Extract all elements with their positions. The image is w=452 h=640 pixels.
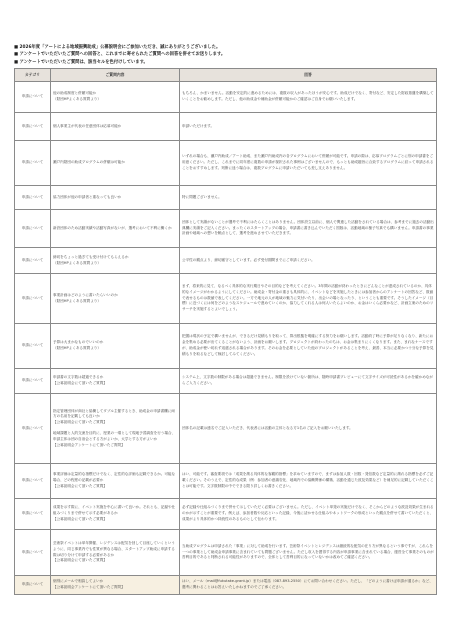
question-cell: 新設団体のため活動実績や活動写真がないが、選考において不利に働くか: [51, 210, 180, 248]
answer-cell: 公平性の観点より、締切厳守としています。必ず受付期間までにご申請ください。: [180, 248, 437, 274]
question-line: 指定管理団体が商社と協働してダブル主催するとき、助成金の申請書欄に両方の名前を記…: [53, 409, 177, 421]
answer-cell: システム上、文字数の制限がある場合は超過できません。制限を設けていない箇所は、随…: [180, 369, 437, 394]
question-line: 【公募説明会にて頂いたご質問】: [53, 558, 177, 564]
intro-line-1: ■ 2026年度「アートによる地域振興助成」公募説明会にご参加いただき、誠にあり…: [14, 44, 438, 51]
table-row: 申請について指定管理団体が商社と協働してダブル主催するとき、助成金の申請書欄に両…: [15, 394, 437, 464]
question-cell: 予算は大まかなものでいいのか（財団HPよくある質問より）: [51, 324, 180, 369]
question-line: 【公募説明会にて頂いたご質問】: [53, 484, 177, 490]
table-row: 申請について予算は大まかなものでいいのか（財団HPよくある質問より）把握は現状の…: [15, 324, 437, 369]
answer-cell: 当助成プログラムは申請された「事業」に対して助成を行います。芸術祭イベントとレジ…: [180, 530, 437, 576]
category-cell: 申請について: [15, 274, 51, 324]
question-line: 新設団体のため活動実績や活動写真がないが、選考において不利に働くか: [53, 226, 177, 232]
question-cell: 瀬戸内財団の助成プログラムの併願は可能か: [51, 141, 180, 186]
question-cell: 個別にメールで相談してよいか【公募説明会アンケートにて頂いたご質問】: [51, 576, 180, 595]
question-line: 【公募説明会にて頂いたご質問】: [53, 517, 177, 523]
question-cell: 事業評価は定量的な指標だけでなく、定性的な評価も記載できるか。可能な場合、どの程…: [51, 464, 180, 499]
answer-cell: もちろん、かまいません。活動を安定的に進めるためには、複数の収入があったほうが安…: [180, 82, 437, 113]
intro-notes: ■ 2026年度「アートによる地域振興助成」公募説明会にご参加いただき、誠にあり…: [14, 44, 438, 66]
table-row: 申請について個人事業主が代表の任意団体は応募可能か申請いただけます。: [15, 113, 437, 141]
question-line: 瀬戸内財団の助成プログラムの併願は可能か: [53, 160, 177, 166]
question-line: 【公募説明会アンケートにて頂いたご質問】: [53, 443, 177, 449]
question-line: 地域課題と人的交流を目的に、授業の一環として現地予習調査を行う場合、申請主体は団…: [53, 431, 177, 443]
question-cell: 個人事業主が代表の任意団体は応募可能か: [51, 113, 180, 141]
question-cell: 芸術祭イベントは単年開催、レジデンスは配気を回して目座していくというように、同じ…: [51, 530, 180, 576]
question-cell: 申請書の文字数は超過できるか【公募説明会にて頂いたご質問】: [51, 369, 180, 394]
table-row: 申請について申請書の文字数は超過できるか【公募説明会にて頂いたご質問】システム上…: [15, 369, 437, 394]
category-cell: 申請について: [15, 186, 51, 210]
qa-table: カテゴリ ご質問内容 回答 申請について他の助成制度と併願可能か（財団HPよくあ…: [14, 68, 437, 595]
table-row: 申請について事業評価は定量的な指標だけでなく、定性的な評価も記載できるか。可能な…: [15, 464, 437, 499]
header-answer: 回答: [180, 69, 437, 82]
question-line: 事業評価は定量的な指標だけでなく、定性的な評価も記載できるか。可能な場合、どの程…: [53, 472, 177, 484]
question-line: （財団HPよくある質問より）: [53, 261, 177, 267]
category-cell: 申請について: [15, 324, 51, 369]
answer-cell: 把握は現状の予定で構いませんが、できるだけ見積もりを取って、算出根拠を明確にする…: [180, 324, 437, 369]
table-row: 申請について事業計画はどのように書いたらいいのか（財団HPよくある質問より）まず…: [15, 274, 437, 324]
category-cell: 申請について: [15, 464, 51, 499]
question-cell: 事業計画はどのように書いたらいいのか（財団HPよくある質問より）: [51, 274, 180, 324]
category-cell: 申請について: [15, 113, 51, 141]
header-question: ご質問内容: [51, 69, 180, 82]
category-cell: 申請について: [15, 210, 51, 248]
table-row: 申請について瀬戸内財団の助成プログラムの併願は可能かいずれの場合も、瀬戸内助成／…: [15, 141, 437, 186]
question-cell: 他の助成制度と併願可能か（財団HPよくある質問より）: [51, 82, 180, 113]
answer-cell: 申請いただけます。: [180, 113, 437, 141]
category-cell: 申請について: [15, 499, 51, 530]
table-row: 申請について個別にメールで相談してよいか【公募説明会アンケートにて頂いたご質問】…: [15, 576, 437, 595]
question-line: 【公募説明会アンケートにて頂いたご質問】: [53, 585, 177, 591]
intro-line-2: ■ アンケートでいただいたご質問への回答と、これまでに寄せられたご質問への回答を…: [14, 51, 438, 58]
question-line: 協力団体が他の申請者と重なっても良いか: [53, 195, 177, 201]
table-row: 申請について新設団体のため活動実績や活動写真がないが、選考において不利に働くか団…: [15, 210, 437, 248]
question-cell: 指定管理団体が商社と協働してダブル主催するとき、助成金の申請書欄に両方の名前を記…: [51, 394, 180, 464]
category-cell: 申請について: [15, 576, 51, 595]
category-cell: 申請について: [15, 82, 51, 113]
question-line: （財団HPよくある質問より）: [53, 346, 177, 352]
question-line: 個人事業主が代表の任意団体は応募可能か: [53, 124, 177, 130]
question-line: 芸術祭イベントは単年開催、レジデンスは配気を回して目座していくというように、同じ…: [53, 541, 177, 558]
question-line: （財団HPよくある質問より）: [53, 97, 177, 103]
question-line: 成果を示す際に、イベント実施を中心に書いて良いか。それとも、記録や仕組みづくりま…: [53, 505, 177, 517]
category-cell: 申請について: [15, 394, 51, 464]
category-cell: 申請について: [15, 141, 51, 186]
question-line: （財団HPよくある質問より）: [53, 299, 177, 305]
table-row: 申請について成果を示す際に、イベント実施を中心に書いて良いか。それとも、記録や仕…: [15, 499, 437, 530]
answer-cell: 団体として実績がないことが選考で不利にはたらくことはありません。団体設立以前に、…: [180, 210, 437, 248]
answer-cell: はい、可能です。審査要項では「成果を測る具体的な客観的指標」を求めていますので、…: [180, 464, 437, 499]
question-line: 【公募説明会にて頂いたご質問】: [53, 381, 177, 387]
answer-cell: 団体名の記載は連名でご記入いただき、代表者には活動の主体となる方1名のご記入をお…: [180, 394, 437, 464]
table-row: 申請について芸術祭イベントは単年開催、レジデンスは配気を回して目座していくという…: [15, 530, 437, 576]
answer-cell: 特に問題ございません。: [180, 186, 437, 210]
table-row: 申請について協力団体が他の申請者と重なっても良いか特に問題ございません。: [15, 186, 437, 210]
header-category: カテゴリ: [15, 69, 51, 82]
question-cell: 締切をちょっと過ぎても受け付けてもらえるか（財団HPよくある質問より）: [51, 248, 180, 274]
table-header-row: カテゴリ ご質問内容 回答: [15, 69, 437, 82]
answer-cell: まず、将来的に見て、なるべく具体的な実行期日やその目的などを考えてください。3年…: [180, 274, 437, 324]
intro-line-3: ■ アンケートでいただいたご質問は、該当セルを色付けしています。: [14, 59, 438, 66]
category-cell: 申請について: [15, 369, 51, 394]
category-cell: 申請について: [15, 530, 51, 576]
answer-cell: いずれの場合も、瀬戸内助成／アート助成、また瀬戸内助成内の各プログラムにおいて併…: [180, 141, 437, 186]
table-row: 申請について他の助成制度と併願可能か（財団HPよくある質問より）もちろん、かまい…: [15, 82, 437, 113]
question-cell: 成果を示す際に、イベント実施を中心に書いて良いか。それとも、記録や仕組みづくりま…: [51, 499, 180, 530]
question-cell: 協力団体が他の申請者と重なっても良いか: [51, 186, 180, 210]
answer-cell: 必ず記録や仕組みづくりまで併せて示していただく必要はございません。ただし、イベン…: [180, 499, 437, 530]
answer-cell: はい、メール（mail@fukutake-grant.jp）または電話（087-…: [180, 576, 437, 595]
category-cell: 申請について: [15, 248, 51, 274]
table-body: 申請について他の助成制度と併願可能か（財団HPよくある質問より）もちろん、かまい…: [15, 82, 437, 595]
table-row: 申請について締切をちょっと過ぎても受け付けてもらえるか（財団HPよくある質問より…: [15, 248, 437, 274]
